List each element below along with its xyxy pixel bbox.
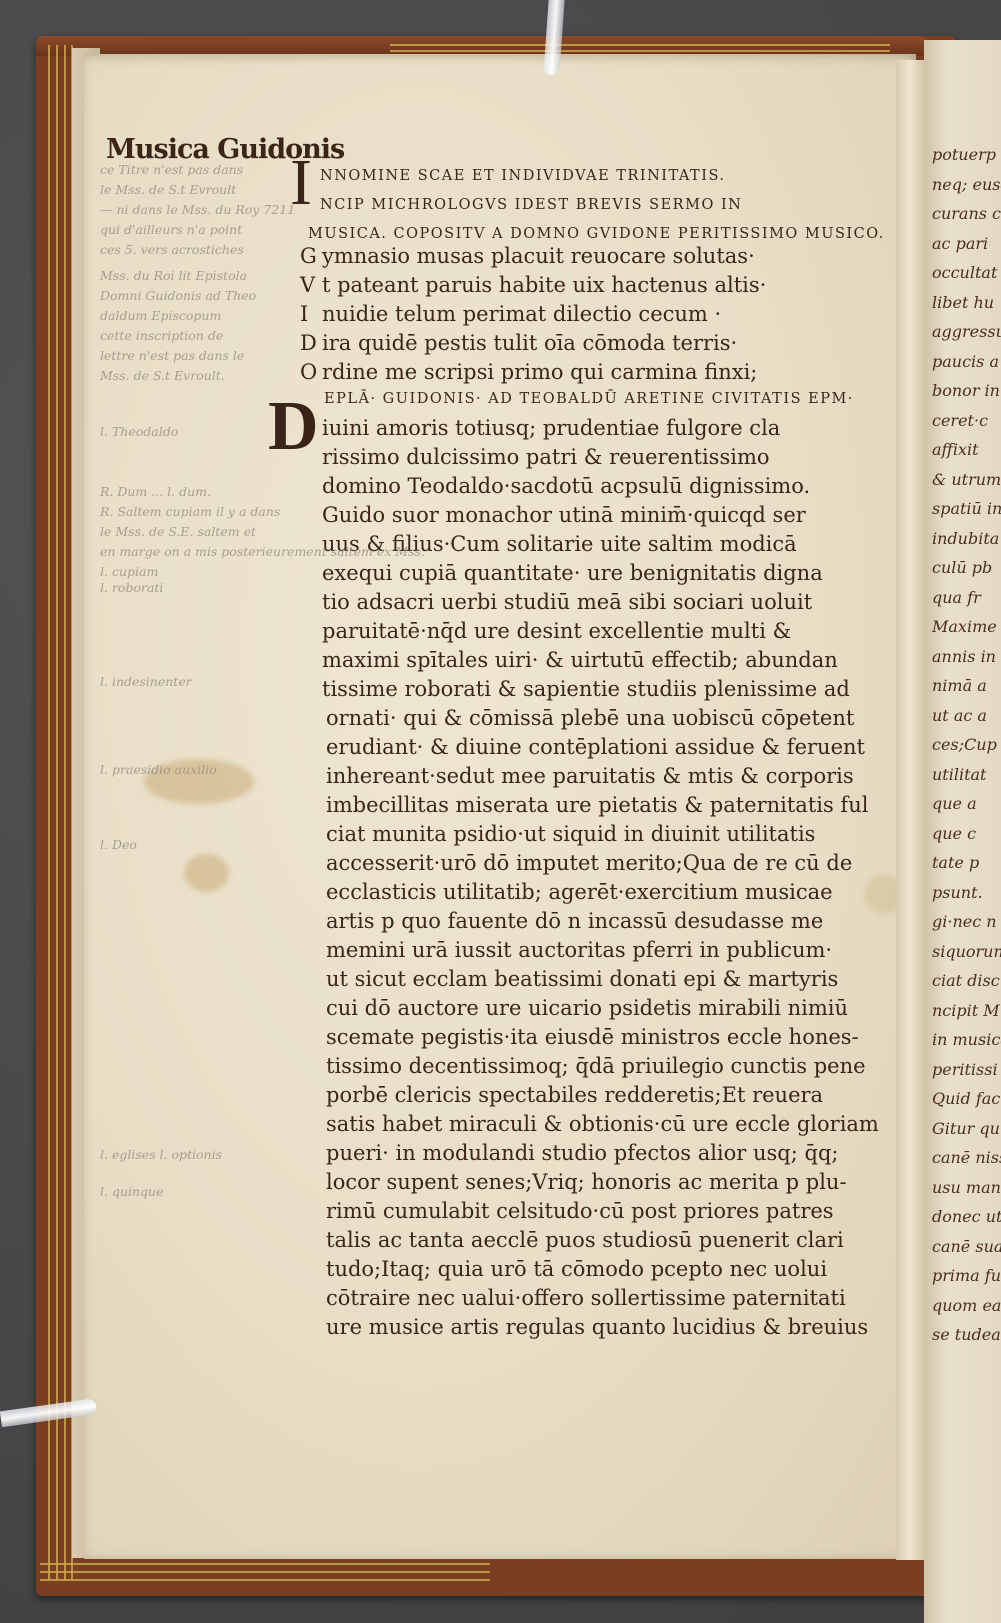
facing-page-line: ces;Cup [932, 730, 1001, 760]
gutter [896, 60, 924, 1560]
rubric-line: ncip michrologvs idest brevis sermo in [320, 191, 885, 220]
facing-page-line: aggressu [932, 317, 1001, 347]
margin-note: Mss. du Roi lit Epistola [100, 266, 247, 286]
epistle-line: locor supent senes;Vriq; honoris ac meri… [326, 1168, 879, 1197]
margin-note: lettre n'est pas dans le [100, 346, 244, 366]
facing-page-line: canē suau [932, 1232, 1001, 1262]
gilt-fillets-bottom [40, 1555, 490, 1585]
epistle-line: tissimo decentissimoq; q̄dā priuilegio c… [326, 1052, 879, 1081]
margin-note: cette inscription de [100, 326, 223, 346]
epistle-line: scemate pegistis·ita eiusdē ministros ec… [326, 1023, 879, 1052]
epistle-line: ure musice artis regulas quanto lucidius… [326, 1313, 879, 1342]
epistle-line: pueri· in modulandi studio pfectos alior… [326, 1139, 879, 1168]
facing-page-line: ac pari [932, 229, 1001, 259]
epistle-line: satis habet miraculi & obtionis·cū ure e… [326, 1110, 879, 1139]
facing-page-line: prima fu [932, 1261, 1001, 1291]
verse-line: ymnasio musas placuit reuocare solutas· [322, 242, 766, 271]
facing-page-line: siquorum [932, 937, 1001, 967]
verse-line: ira quidē pestis tulit oīa cōmoda terris… [322, 329, 766, 358]
verse-line: t pateant paruis habite uix hactenus alt… [322, 271, 766, 300]
facing-page-line: occultat [932, 258, 1001, 288]
facing-page-line: que c [932, 819, 1001, 849]
acrostic-initial: D [300, 329, 317, 358]
epistle-line: ecclasticis utilitatib; agerēt·exercitiu… [326, 878, 879, 907]
facing-page-text: potuerpneq; eusdcurans cac parioccultatl… [932, 140, 1001, 1350]
stain [184, 854, 229, 892]
margin-note: l. roborati [100, 578, 163, 598]
margin-note: Mss. de S.t Evroult. [100, 366, 225, 386]
epistle-line: maximi spītales uiri· & uirtutū effectib… [322, 646, 879, 675]
margin-note: le Mss. de S.E. saltem et [100, 522, 256, 542]
epistle-line: erudiant· & diuine contēplationi assidue… [326, 733, 879, 762]
facing-page-line: indubita [932, 524, 1001, 554]
epistle-line: inhereant·sedut mee paruitatis & mtis & … [326, 762, 879, 791]
epistle-line: tudo;Itaq; quia urō tā cōmodo pcepto nec… [326, 1255, 879, 1284]
facing-page-line: annis in [932, 642, 1001, 672]
epistle-line: porbē clericis spectabiles redderetis;Et… [326, 1081, 879, 1110]
margin-note: R. Saltem cupiam il y a dans [100, 502, 280, 522]
acrostic-verses: ymnasio musas placuit reuocare solutas· … [322, 242, 766, 387]
facing-page-line: spatiū in [932, 494, 1001, 524]
facing-page-line: qua fr [932, 583, 1001, 613]
epistle-line: ciat munita psidio·ut siquid in diuinit … [326, 820, 879, 849]
acrostic-initial: O [300, 358, 317, 387]
facing-page-line: utilitat [932, 760, 1001, 790]
epistle-line: accesserit·urō dō imputet merito;Qua de … [326, 849, 879, 878]
facing-page-line: tate p [932, 848, 1001, 878]
margin-note: Domni Guidonis ad Theo [100, 286, 256, 306]
margin-note: ce Titre n'est pas dans [100, 160, 243, 180]
facing-page-line: se tudear [932, 1320, 1001, 1350]
facing-page-line: culū pb [932, 553, 1001, 583]
epistle-line: Guido suor monachor utinā minim̄·quicqd … [322, 501, 879, 530]
verse-line: rdine me scripsi primo qui carmina finxi… [322, 358, 766, 387]
facing-page-line: donec ut [932, 1202, 1001, 1232]
margin-note: l. indesinenter [100, 672, 192, 692]
epistle-heading-line: eplā· Guidonis· ad Teobaldū aretine civi… [324, 385, 854, 414]
facing-page-line: peritissi [932, 1055, 1001, 1085]
margin-note: daldum Episcopum [100, 306, 221, 326]
rubric: nnomine scae et individvae Trinitatis. n… [320, 162, 885, 249]
epistle-line: paruitatē·nq̄d ure desint excellentie mu… [322, 617, 879, 646]
epistle-line: domino Teodaldo·sacdotū acpsulū dignissi… [322, 472, 879, 501]
margin-note: — ni dans le Mss. du Roy 7211 [100, 200, 295, 220]
epistle-line: ut sicut ecclam beatissimi donati epi & … [326, 965, 879, 994]
facing-page-line: quom eas [932, 1291, 1001, 1321]
margin-note: qui d'ailleurs n'a point [100, 220, 242, 240]
facing-page-line: Maxime [932, 612, 1001, 642]
facing-page-line: que a [932, 789, 1001, 819]
margin-note: le Mss. de S.t Evroult [100, 180, 236, 200]
acrostic-initial: G [300, 242, 317, 271]
gilt-fillets-top [390, 42, 890, 54]
verse-line: nuidie telum perimat dilectio cecum · [322, 300, 766, 329]
epistle-line: rimū cumulabit celsitudo·cū post priores… [326, 1197, 879, 1226]
facing-page-line: paucis a [932, 347, 1001, 377]
epistle-line: exequi cupiā quantitate· ure benignitati… [322, 559, 879, 588]
rubric-line: nnomine scae et individvae Trinitatis. [320, 162, 885, 191]
epistle-line: ornati· qui & cōmissā plebē una uobiscū … [326, 704, 879, 733]
facing-page-line: curans c [932, 199, 1001, 229]
facing-page-line: psunt. [932, 878, 1001, 908]
facing-page-line: canē niss [932, 1143, 1001, 1173]
epistle-line: imbecillitas miserata ure pietatis & pat… [326, 791, 879, 820]
epistle-line: rissimo dulcissimo patri & reuerentissim… [322, 443, 879, 472]
margin-note: l. quinque [100, 1182, 164, 1202]
epistle-line: artis p quo fauente dō n incassū desudas… [326, 907, 879, 936]
facing-page-line: usu manu [932, 1173, 1001, 1203]
facing-page-line: potuerp [932, 140, 1001, 170]
margin-note: en marge on a mis posterieurement saltem… [100, 542, 425, 562]
margin-note: R. Dum ... l. dum. [100, 482, 211, 502]
epistle-heading: eplā· Guidonis· ad Teobaldū aretine civi… [324, 385, 854, 414]
epistle-line: iuini amoris totiusq; prudentiae fulgore… [322, 414, 879, 443]
facing-page-line: & utrum [932, 465, 1001, 495]
facing-page-line: neq; eusd [932, 170, 1001, 200]
facing-page-line: libet hu [932, 288, 1001, 318]
epistle-line: memini urā iussit auctoritas pferri in p… [326, 936, 879, 965]
margin-note: l. Theodaldo [100, 422, 178, 442]
facing-page-line: ncipit M [932, 996, 1001, 1026]
facing-page-line: in musica [932, 1025, 1001, 1055]
epistle-line: tio adsacri uerbi studiū meā sibi sociar… [322, 588, 879, 617]
margin-note: l. Deo [100, 835, 137, 855]
initial-D: D [268, 392, 319, 462]
facing-page-line: Gitur qu [932, 1114, 1001, 1144]
epistle-line: tissime roborati & sapientie studiis ple… [322, 675, 879, 704]
epistle-line: talis ac tanta aecclē puos studiosū puen… [326, 1226, 879, 1255]
facing-page-line: nimā a [932, 671, 1001, 701]
epistle-line: cui dō auctore ure uicario psidetis mira… [326, 994, 879, 1023]
epistle-line: cōtraire nec ualui·offero sollertissime … [326, 1284, 879, 1313]
margin-note: ces 5. vers acrostiches [100, 240, 244, 260]
facing-page-line: affixit [932, 435, 1001, 465]
acrostic-initials: G V I D O [300, 242, 317, 387]
facing-page-line: ceret·c [932, 406, 1001, 436]
facing-page-line: gi·nec n [932, 907, 1001, 937]
acrostic-initial: V [300, 271, 317, 300]
facing-page-line: bonor in [932, 376, 1001, 406]
facing-page-line: ciat disc [932, 966, 1001, 996]
facing-page-line: ut ac a [932, 701, 1001, 731]
margin-note: l. eglises l. optionis [100, 1145, 222, 1165]
margin-note: l. praesidio auxilio [100, 760, 217, 780]
acrostic-initial: I [300, 300, 317, 329]
facing-page-line: Quid faci [932, 1084, 1001, 1114]
